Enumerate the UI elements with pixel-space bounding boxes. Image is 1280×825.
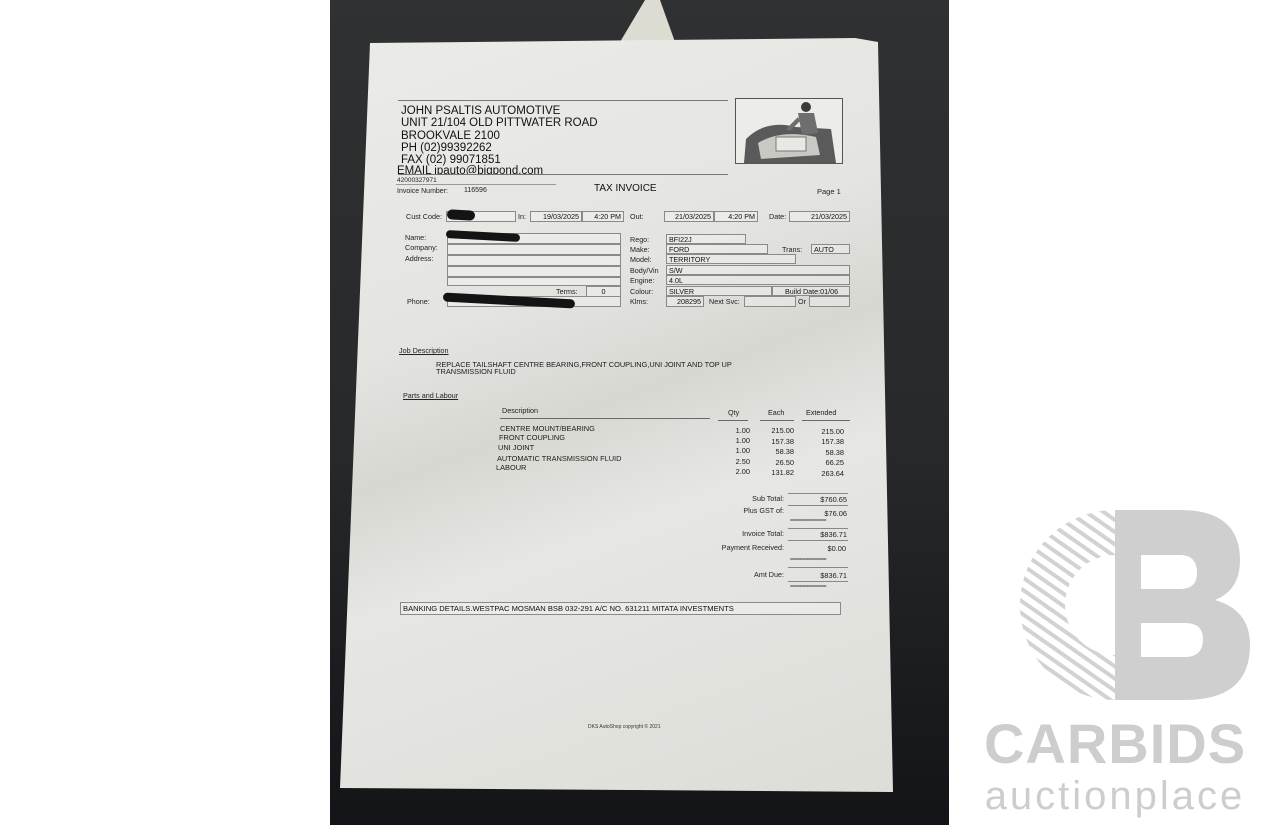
name-label: Name: bbox=[405, 233, 426, 242]
abn-number: 42000327971 bbox=[397, 177, 437, 184]
row-each: 215.00 bbox=[756, 426, 794, 436]
business-address-2: BROOKVALE 2100 bbox=[401, 130, 500, 143]
row-qty: 2.50 bbox=[718, 457, 750, 467]
business-name: JOHN PSALTIS AUTOMOTIVE bbox=[401, 105, 560, 118]
sub-total-label: Sub Total: bbox=[700, 494, 784, 503]
phone-label: Phone: bbox=[407, 297, 430, 306]
sub-total-value: $760.65 bbox=[788, 495, 847, 505]
page-number: Page 1 bbox=[817, 187, 841, 196]
invoice-photo: JOHN PSALTIS AUTOMOTIVE UNIT 21/104 OLD … bbox=[330, 0, 949, 825]
build-date-field: Build Date:01/06 bbox=[772, 286, 850, 296]
amt-due-label: Amt Due: bbox=[700, 570, 784, 579]
engine-field: 4.0L bbox=[666, 275, 850, 285]
invoice-number: 116596 bbox=[464, 187, 487, 194]
rego-field: BFI22J bbox=[666, 234, 746, 244]
payment-received-value: $0.00 bbox=[788, 544, 846, 554]
company-field bbox=[447, 244, 621, 255]
row-qty: 2.00 bbox=[718, 467, 750, 477]
rego-label: Rego: bbox=[630, 235, 649, 244]
make-label: Make: bbox=[630, 245, 650, 254]
invoice-total-label: Invoice Total: bbox=[700, 529, 784, 538]
row-qty: 1.00 bbox=[718, 436, 750, 446]
row-each: 131.82 bbox=[756, 468, 794, 478]
engine-label: Engine: bbox=[630, 276, 654, 285]
software-footer: DKS AutoShop copyright © 2021 bbox=[588, 724, 661, 730]
mechanic-illustration bbox=[735, 98, 843, 164]
row-description: UNI JOINT bbox=[498, 443, 534, 453]
col-description: Description bbox=[502, 406, 538, 415]
or-field bbox=[809, 296, 850, 307]
out-label: Out: bbox=[630, 212, 644, 221]
parts-heading: Parts and Labour bbox=[403, 391, 458, 400]
model-field: TERRITORY bbox=[666, 254, 796, 264]
out-time-field: 4:20 PM bbox=[714, 211, 758, 222]
watermark-brand: CARBIDS bbox=[975, 714, 1255, 774]
company-label: Company: bbox=[405, 243, 438, 252]
cust-code-label: Cust Code: bbox=[406, 212, 442, 221]
row-description: LABOUR bbox=[496, 463, 526, 473]
row-extended: 58.38 bbox=[802, 448, 844, 458]
row-each: 58.38 bbox=[756, 447, 794, 457]
job-description-line-2: TRANSMISSION FLUID bbox=[436, 367, 516, 376]
document-title: TAX INVOICE bbox=[594, 183, 657, 194]
terms-label: Terms: bbox=[556, 287, 578, 296]
row-each: 26.50 bbox=[756, 458, 794, 468]
trans-field: AUTO bbox=[811, 244, 850, 254]
next-svc-field bbox=[744, 296, 796, 307]
build-date-label: Build Date: bbox=[785, 287, 820, 296]
business-phone: PH (02)99392262 bbox=[401, 142, 492, 155]
col-extended: Extended bbox=[806, 408, 836, 417]
out-date-field: 21/03/2025 bbox=[664, 211, 714, 222]
klms-field: 208295 bbox=[666, 296, 704, 307]
row-extended: 263.64 bbox=[802, 469, 844, 479]
job-description-heading: Job Description bbox=[399, 346, 449, 355]
address-field-1 bbox=[447, 255, 621, 266]
separator: ============ bbox=[790, 557, 826, 563]
in-date-field: 19/03/2025 bbox=[530, 211, 582, 222]
payment-received-label: Payment Received: bbox=[700, 543, 784, 552]
address-label: Address: bbox=[405, 254, 433, 263]
amt-due-value: $836.71 bbox=[788, 571, 847, 581]
date-field: 21/03/2025 bbox=[789, 211, 850, 222]
address-field-2 bbox=[447, 266, 621, 277]
invoice-total-value: $836.71 bbox=[788, 530, 847, 540]
separator: ============ bbox=[790, 584, 826, 590]
klms-label: Klms: bbox=[630, 297, 648, 306]
row-description: FRONT COUPLING bbox=[499, 433, 565, 443]
date-label: Date: bbox=[769, 212, 786, 221]
banking-details: BANKING DETAILS.WESTPAC MOSMAN BSB 032-2… bbox=[400, 602, 841, 615]
row-each: 157.38 bbox=[756, 437, 794, 447]
build-date-value: 01/06 bbox=[820, 287, 838, 296]
or-label: Or bbox=[798, 297, 806, 306]
row-qty: 1.00 bbox=[718, 446, 750, 456]
invoice-number-label: Invoice Number: bbox=[397, 188, 448, 195]
col-each: Each bbox=[768, 408, 784, 417]
watermark-tagline: auctionplace bbox=[975, 774, 1255, 818]
col-qty: Qty bbox=[728, 408, 739, 417]
row-extended: 66.25 bbox=[802, 458, 844, 468]
next-svc-label: Next Svc: bbox=[709, 297, 740, 306]
body-field: S/W bbox=[666, 265, 850, 275]
colour-field: SILVER bbox=[666, 286, 772, 296]
colour-label: Colour: bbox=[630, 287, 653, 296]
invoice-document: JOHN PSALTIS AUTOMOTIVE UNIT 21/104 OLD … bbox=[330, 0, 949, 825]
model-label: Model: bbox=[630, 255, 652, 264]
row-extended: 215.00 bbox=[802, 427, 844, 437]
row-qty: 1.00 bbox=[718, 426, 750, 436]
in-time-field: 4:20 PM bbox=[582, 211, 624, 222]
trans-label: Trans: bbox=[782, 245, 802, 254]
in-label: In: bbox=[518, 212, 526, 221]
address-field-3 bbox=[447, 277, 621, 286]
business-address-1: UNIT 21/104 OLD PITTWATER ROAD bbox=[401, 117, 598, 130]
gst-label: Plus GST of: bbox=[700, 506, 784, 515]
make-field: FORD bbox=[666, 244, 768, 254]
redacted-cust-code bbox=[447, 209, 475, 220]
row-extended: 157.38 bbox=[802, 437, 844, 447]
separator: ============ bbox=[790, 518, 826, 524]
body-label: Body/Vin bbox=[630, 266, 659, 275]
